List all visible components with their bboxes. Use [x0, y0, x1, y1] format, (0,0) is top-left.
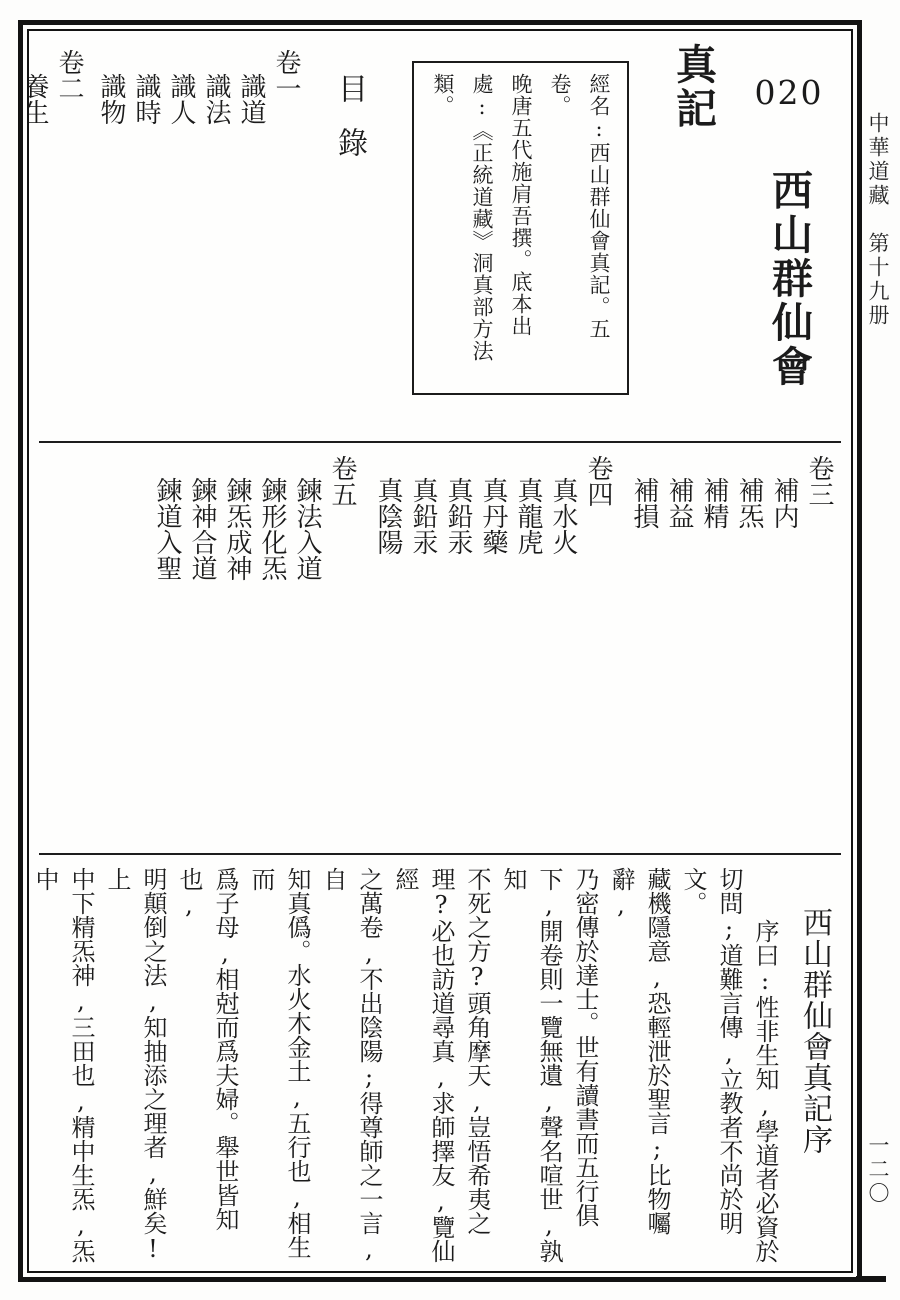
- edition-note-line: 處:《正統道藏》洞真部方法類。: [423, 73, 501, 383]
- edition-note-box: 經名:西山群仙會真記。五卷。 晚唐五代施肩吾撰。底本出 處:《正統道藏》洞真部方…: [412, 61, 629, 395]
- toc-item: 補損: [626, 451, 661, 845]
- preface-column: 理?必也訪道尋真,求師擇友,覽仙經: [387, 867, 459, 1263]
- preface-column: 知真僞。水火木金土,五行也,相生而: [243, 867, 315, 1263]
- toc-item: 真龍虎: [510, 451, 545, 845]
- toc-volume-3: 卷三 補内 補炁 補精 補益 補損: [626, 451, 837, 845]
- toc-item: 真鉛汞: [405, 451, 440, 845]
- toc-item: 鍊形化炁: [254, 451, 289, 845]
- toc-volume-label: 卷四: [580, 451, 616, 845]
- preface-column: 乃密傳於達士。世有讀書而五行俱: [567, 867, 603, 1263]
- toc-item: 真丹藥: [475, 451, 510, 845]
- collection-volume-label: 中華道藏 第十九册: [863, 112, 893, 392]
- toc-item: 識法: [198, 43, 233, 429]
- toc-volume-label: 卷一: [268, 43, 304, 429]
- toc-item: 補内: [766, 451, 801, 845]
- preface-column: 下,開卷則一覽無遺,聲名喧世,孰知: [495, 867, 567, 1263]
- toc-item: 鍊炁成神: [219, 451, 254, 845]
- toc-item: 鍊道入聖: [149, 451, 184, 845]
- edition-note-line: 晚唐五代施肩吾撰。底本出: [501, 73, 540, 383]
- toc-item: 補益: [661, 451, 696, 845]
- toc-volume-label: 卷五: [324, 451, 360, 845]
- toc-item: 真陰陽: [370, 451, 405, 845]
- scanned-book-page: 中華道藏 第十九册 一二〇 020 西山群仙會真記 經名:西山群仙會真記。五卷。…: [0, 0, 900, 1300]
- toc-item: 真水火: [545, 451, 580, 845]
- preface-column: 不死之方?頭角摩天,豈悟希夷之: [459, 867, 495, 1263]
- page-number: 一二〇: [863, 1134, 893, 1254]
- toc-heading: 目錄: [326, 43, 372, 429]
- preface-column: 爲子母,相尅而爲夫婦。舉世皆知也,: [171, 867, 243, 1263]
- page-frame-inner: 020 西山群仙會真記 經名:西山群仙會真記。五卷。 晚唐五代施肩吾撰。底本出 …: [27, 29, 853, 1273]
- toc-item: 鍊法入道: [289, 451, 324, 845]
- toc-item: 補精: [696, 451, 731, 845]
- preface-column: 序曰:性非生知,學道者必資於: [747, 867, 783, 1263]
- preface-column: 藏機隱意,恐輕泄於聖言;比物囑辭,: [603, 867, 675, 1263]
- toc-volume-label: 卷二: [51, 43, 87, 429]
- toc-item: 識時: [128, 43, 163, 429]
- edition-note-line: 經名:西山群仙會真記。五卷。: [540, 73, 618, 383]
- toc-item: 鍊神合道: [184, 451, 219, 845]
- toc-item: 識道: [233, 43, 268, 429]
- preface-column: 中下精炁神,三田也,精中生炁,炁中: [29, 867, 99, 1263]
- toc-volume-2: 卷二 養生 養形 養炁 養心 養壽: [29, 43, 87, 429]
- toc-item: 識物: [93, 43, 128, 429]
- page-frame: 020 西山群仙會真記 經名:西山群仙會真記。五卷。 晚唐五代施肩吾撰。底本出 …: [18, 20, 862, 1282]
- toc-volume-1: 卷一 識道 識法 識人 識時 識物: [93, 43, 304, 429]
- toc-volume-label: 卷三: [801, 451, 837, 845]
- toc-volume-5: 卷五 鍊法入道 鍊形化炁 鍊炁成神 鍊神合道 鍊道入聖: [149, 451, 360, 845]
- preface-column: 之萬卷,不出陰陽;得尊師之一言,自: [315, 867, 387, 1263]
- preface-column: 切問;道難言傳,立教者不尚於明文。: [675, 867, 747, 1263]
- toc-item: 真鉛汞: [440, 451, 475, 845]
- book-title-column: 020 西山群仙會真記: [645, 43, 837, 429]
- toc-volume-4: 卷四 真水火 真龍虎 真丹藥 真鉛汞 真鉛汞 真陰陽: [370, 451, 616, 845]
- toc-item: 識人: [163, 43, 198, 429]
- masthead-toc-section: 020 西山群仙會真記 經名:西山群仙會真記。五卷。 晚唐五代施肩吾撰。底本出 …: [29, 31, 851, 441]
- toc-item: 養生: [29, 43, 51, 429]
- preface-section: 西山群仙會真記序 序曰:性非生知,學道者必資於 切問;道難言傳,立教者不尚於明文…: [29, 855, 851, 1271]
- preface-title: 西山群仙會真記序: [791, 867, 837, 1263]
- preface-column: 明顛倒之法,知抽添之理者,鮮矣!上: [99, 867, 171, 1263]
- toc-section: 卷三 補内 補炁 補精 補益 補損 卷四 真水火 真龍虎 真丹藥 真鉛汞 真鉛汞…: [29, 443, 851, 853]
- serial-number: 020: [755, 45, 824, 140]
- toc-item: 補炁: [731, 451, 766, 845]
